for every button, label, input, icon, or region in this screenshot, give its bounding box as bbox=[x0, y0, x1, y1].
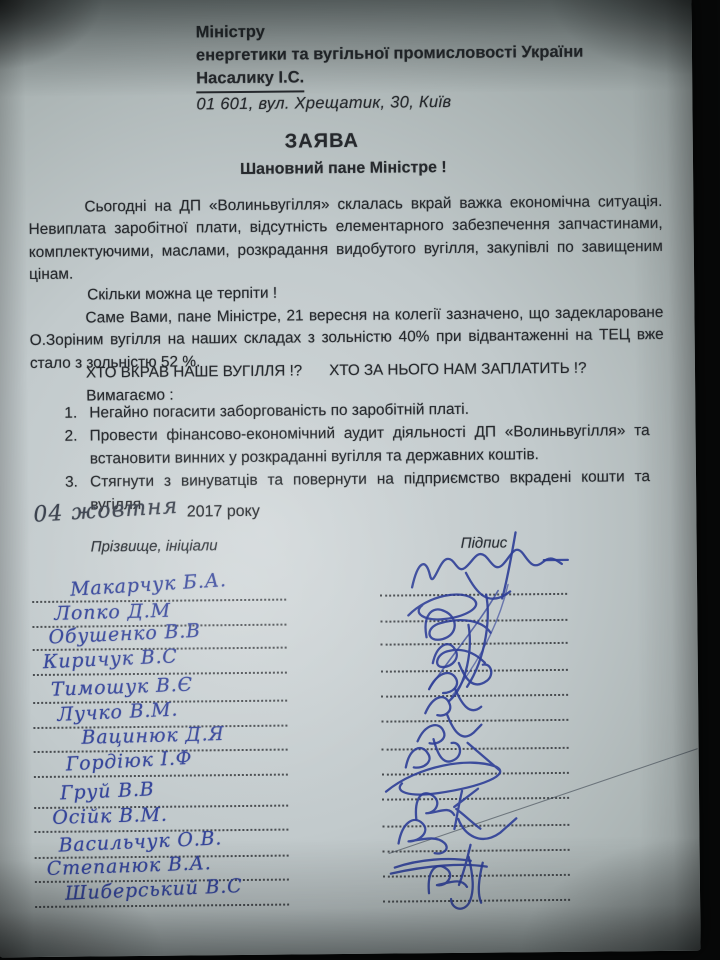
document-title: ЗАЯВА bbox=[0, 127, 652, 156]
salutation: Шановний пане Міністре ! bbox=[240, 159, 447, 179]
signature-line bbox=[383, 849, 570, 853]
handwritten-name: Степанюк В.А. bbox=[46, 852, 212, 880]
signature-scribble bbox=[429, 663, 492, 694]
date-line: 04 жовтня 2017 року bbox=[33, 497, 260, 524]
signature-scribble bbox=[502, 532, 569, 599]
signature-line bbox=[382, 747, 569, 751]
handwritten-name: Лучко В.М. bbox=[57, 699, 179, 726]
handwritten-name: Макарчук Б.А. bbox=[70, 569, 228, 601]
demand-item: 2. Провести фінансово-економічний аудит … bbox=[65, 419, 650, 471]
recipient-address: 01 601, вул. Хрещатик, 30, Київ bbox=[196, 89, 666, 117]
column-header-signature: Підпис bbox=[461, 534, 508, 551]
questions-line: ХТО ВКРАВ НАШЕ ВУГІЛЛЯ !?ХТО ЗА НЬОГО НА… bbox=[86, 360, 587, 382]
signature-scribble bbox=[450, 584, 509, 697]
handwritten-name: Шиберський В.С bbox=[65, 875, 243, 905]
handwritten-name: Тимошук В.Є bbox=[51, 674, 194, 701]
date-handwritten: 04 жовтня bbox=[33, 494, 179, 528]
signature-line bbox=[380, 593, 567, 597]
signature-line bbox=[382, 824, 569, 828]
signature-scribble bbox=[425, 595, 491, 688]
handwritten-name: Вацинюк Д.Я bbox=[81, 723, 225, 749]
signature-scribble bbox=[406, 739, 461, 768]
signature-scribble bbox=[416, 789, 481, 830]
signature-line bbox=[380, 619, 567, 623]
question-2: ХТО ЗА НЬОГО НАМ ЗАПЛАТИТЬ !? bbox=[329, 360, 587, 379]
handwritten-name: Осійк В.М. bbox=[52, 804, 168, 829]
paper-sheet: Міністру енергетики та вугільної промисл… bbox=[0, 0, 701, 957]
signature-line bbox=[381, 669, 568, 673]
signature-line bbox=[381, 694, 568, 698]
question-1: ХТО ВКРАВ НАШЕ ВУГІЛЛЯ !? bbox=[86, 362, 302, 381]
column-header-name: Прізвище, ініціали bbox=[91, 537, 218, 555]
photo-background: Міністру енергетики та вугільної промисл… bbox=[0, 0, 720, 960]
date-typed: 2017 року bbox=[187, 503, 260, 522]
signature-scribble bbox=[425, 689, 481, 716]
signature-scribble bbox=[432, 625, 485, 701]
signature-line bbox=[382, 797, 569, 801]
signature-line bbox=[382, 772, 569, 776]
signature-line bbox=[383, 899, 570, 903]
signature-scribble bbox=[428, 591, 499, 690]
signature-scribble bbox=[412, 549, 562, 587]
handwritten-name: Киричук В.С bbox=[42, 645, 178, 673]
recipient-block: Міністру енергетики та вугільної промисл… bbox=[196, 17, 667, 117]
paragraph-2: Скільки можна це терпіти ! bbox=[87, 285, 277, 305]
signature-line bbox=[381, 642, 568, 646]
paragraph-1: Сьогодні на ДП «Волиньвугілля» склалась … bbox=[28, 191, 663, 287]
signature-line bbox=[381, 719, 568, 723]
signature-line bbox=[383, 874, 570, 878]
handwritten-name: Груй В.В bbox=[60, 778, 155, 804]
paper-crease-line bbox=[388, 749, 699, 854]
